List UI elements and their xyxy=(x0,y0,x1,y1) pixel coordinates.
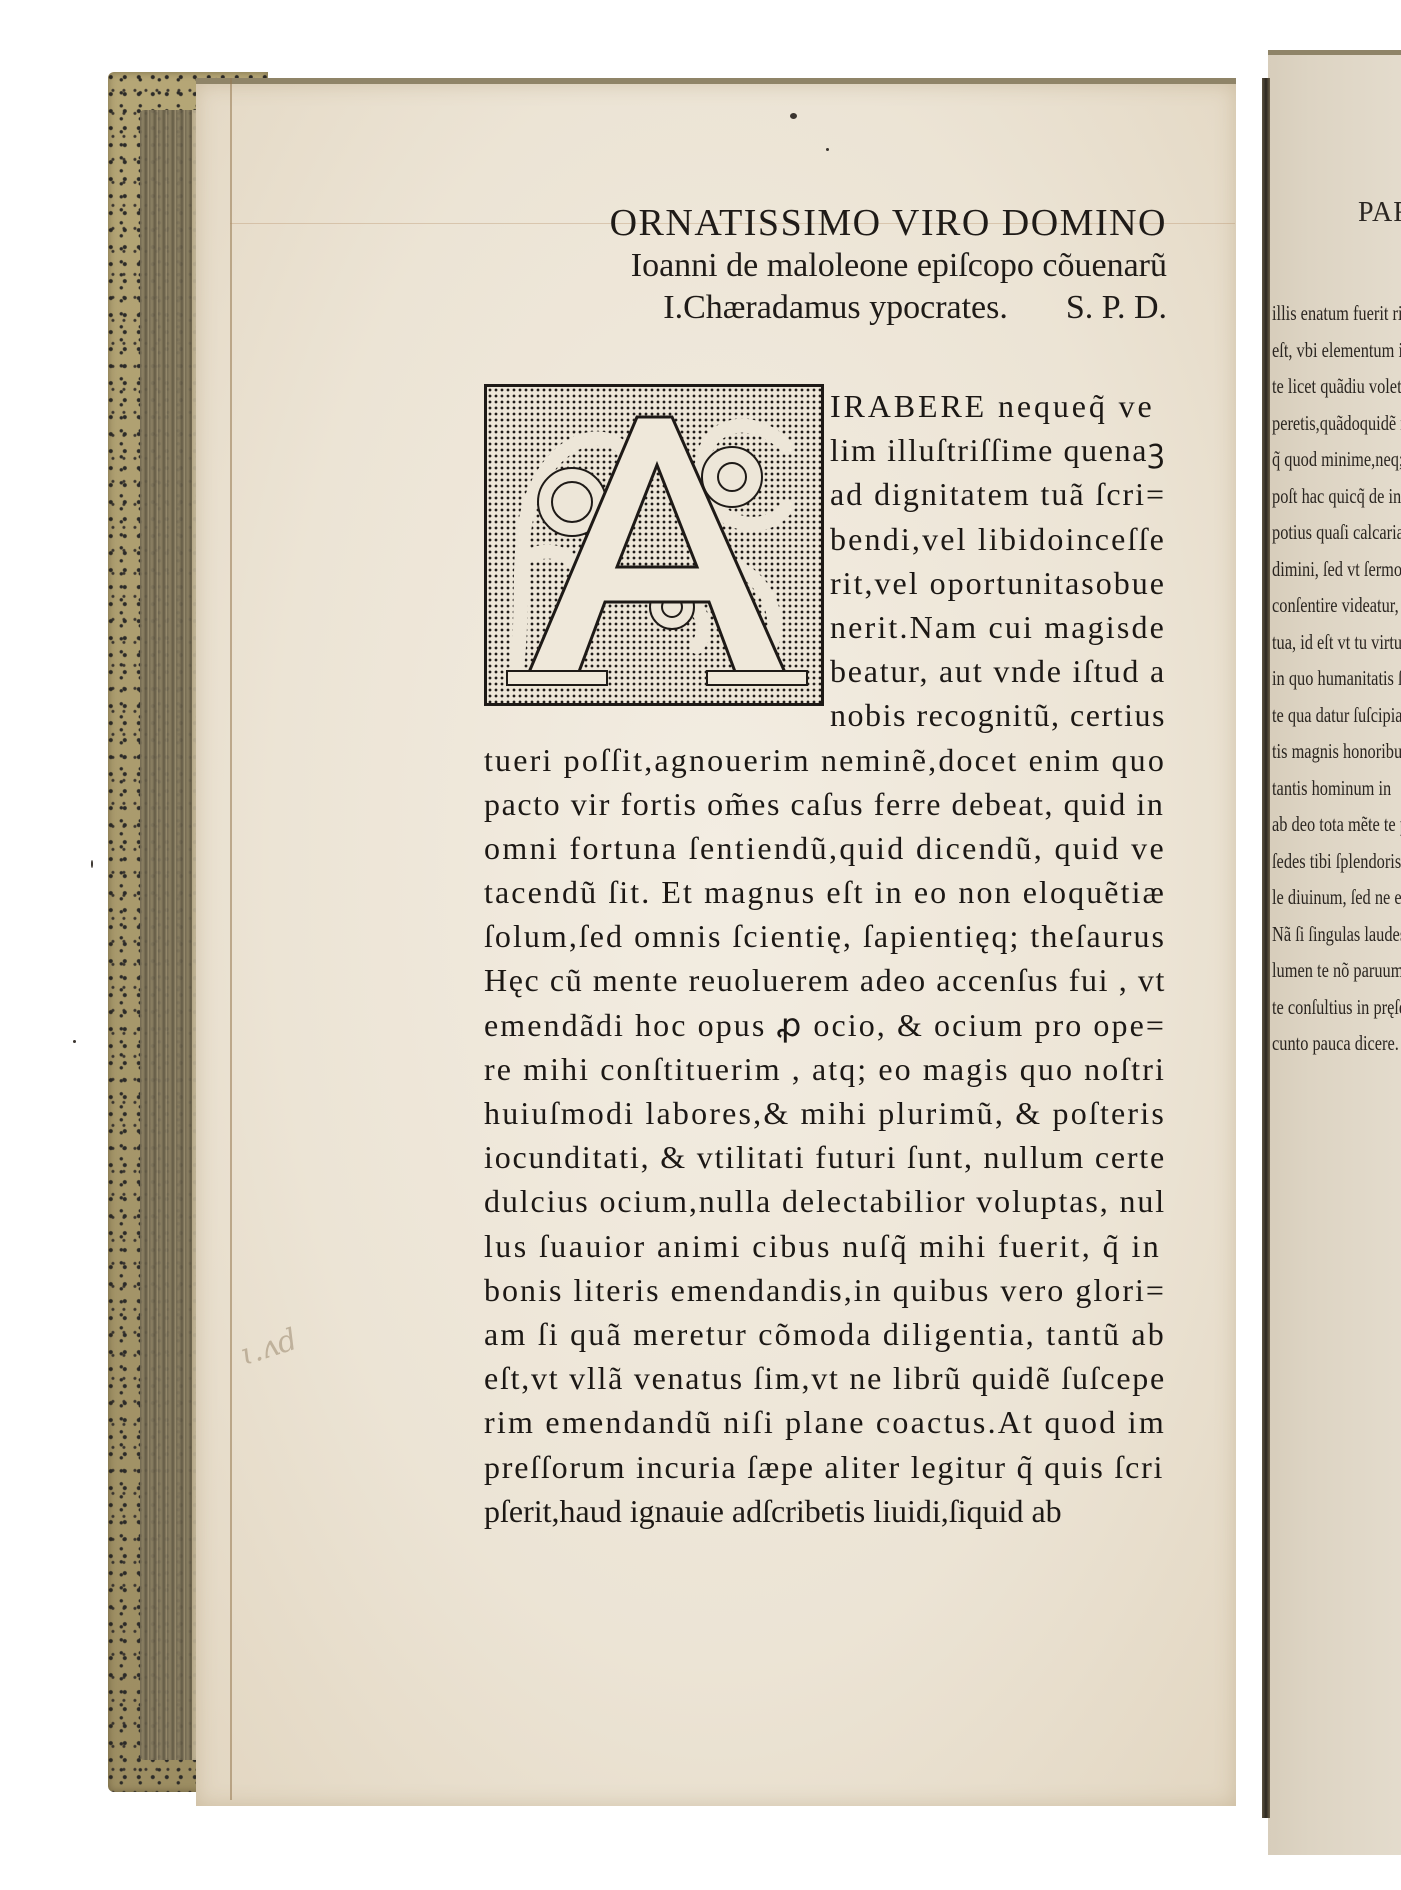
text-line: tacendũ ſit. Et magnus eſt in eo non elo… xyxy=(484,870,1166,914)
text-line: beatur, aut vnde iſtud a xyxy=(484,649,1166,693)
page-fore-edge xyxy=(140,110,202,1760)
text-line: Hęc cũ mente reuoluerem adeo accenſus fu… xyxy=(484,958,1166,1002)
right-page-line: illis enatum fuerit ri xyxy=(1272,295,1401,332)
right-page-line: dimini, ſed vt ſermo xyxy=(1272,551,1401,588)
author-name: I.Chæradamus ypocrates. xyxy=(663,286,1008,330)
right-page-line: ſedes tibi ſplendoris, glor xyxy=(1272,843,1401,880)
text-line: preſſorum incuria ſæpe aliter legitur q̃… xyxy=(484,1445,1166,1489)
right-page-line: tua, id eſt vt tu virtutis xyxy=(1272,624,1401,661)
text-line: am ſi quã meretur cõmoda diligentia, tan… xyxy=(484,1312,1166,1356)
stray-mark xyxy=(73,1040,76,1043)
text-line: ad dignitatem tuã ſcri= xyxy=(484,472,1166,516)
page-fold-line xyxy=(230,78,232,1800)
right-page-text: illis enatum fuerit ri eſt, vbi elementu… xyxy=(1272,295,1401,1062)
right-page-line: te conſultius in pręſentia xyxy=(1272,989,1401,1026)
heading-line-1: ORNATISSIMO VIRO DOMINO xyxy=(497,200,1167,246)
right-page-header: PARA xyxy=(1358,197,1401,229)
heading-line-2: Ioanni de maloleone epiſcopo cõuenarũ xyxy=(497,246,1167,286)
text-line: pſerit,haud ignauie adſcribetis liuidi,ſ… xyxy=(484,1489,1166,1533)
text-line: IRABERE nequeq̃ ve xyxy=(484,384,1166,428)
right-page-line: lumen te nõ paruum con xyxy=(1272,952,1401,989)
body-text: IRABERE nequeq̃ ve lim illuſtriſſime que… xyxy=(484,384,1166,1533)
right-page-line: ab deo tota mẽte te prep xyxy=(1272,806,1401,843)
right-page-line: te qua datur ſuſcipias c xyxy=(1272,697,1401,734)
right-page-line: q̃ quod minime,neq; xyxy=(1272,441,1401,478)
right-page-line: poſt hac quicq̃ de inſ xyxy=(1272,478,1401,515)
text-line: eſt,vt vllã venatus ſim,vt ne librũ quid… xyxy=(484,1356,1166,1400)
text-line: tueri poſſit,agnouerim neminẽ,docet enim… xyxy=(484,738,1166,782)
text-line: ſolum,ſed omnis ſcientię, ſapientięq; th… xyxy=(484,914,1166,958)
text-line: lus ſuauior animi cibus nuſq̃ mihi fueri… xyxy=(484,1224,1166,1268)
text-line: omni fortuna ſentiendũ,quid dicendũ, qui… xyxy=(484,826,1166,870)
text-line: bonis literis emendandis,in quibus vero … xyxy=(484,1268,1166,1312)
text-line: dulcius ocium,nulla delectabilior volupt… xyxy=(484,1179,1166,1223)
right-page-line: potius quaſi calcaria xyxy=(1272,514,1401,551)
right-page-line: tantis hominum in xyxy=(1272,770,1401,807)
right-page-line: te licet quãdiu voletis, xyxy=(1272,368,1401,405)
right-page-line: eſt, vbi elementum in xyxy=(1272,332,1401,369)
text-line: lim illuſtriſſime quenaꝫ xyxy=(484,428,1166,472)
text-line: re mihi conſtituerim , atq; eo magis quo… xyxy=(484,1047,1166,1091)
text-line: emendãdi hoc opus ꝓ ocio, & ocium pro op… xyxy=(484,1003,1166,1047)
right-page-line: tis magnis honoribus t xyxy=(1272,733,1401,770)
right-page-line: peretis,quãdoquidẽ r xyxy=(1272,405,1401,442)
salutation: S. P. D. xyxy=(1066,286,1167,330)
heading-line-3: I.Chæradamus ypocrates. S. P. D. xyxy=(497,286,1167,330)
stray-mark xyxy=(91,860,93,868)
right-page-line: in quo humanitatis ſu xyxy=(1272,660,1401,697)
text-line: rit,vel oportunitasobue xyxy=(484,561,1166,605)
text-line: huiuſmodi labores,& mihi plurimũ, & poſt… xyxy=(484,1091,1166,1135)
text-line: bendi,vel libidoinceſſe xyxy=(484,517,1166,561)
right-page-line: cunto pauca dicere. xyxy=(1272,1025,1401,1062)
foxing-spot xyxy=(790,113,797,119)
text-line: iocunditati, & vtilitati futuri ſunt, nu… xyxy=(484,1135,1166,1179)
right-page-line: conſentire videatur, v xyxy=(1272,587,1401,624)
text-line: rim emendandũ niſi plane coactus.At quod… xyxy=(484,1400,1166,1444)
dedication-heading: ORNATISSIMO VIRO DOMINO Ioanni de malole… xyxy=(497,200,1167,330)
text-line: nobis recognitũ, certius xyxy=(484,693,1166,737)
foxing-spot xyxy=(826,148,829,151)
right-page-line: Nã ſi ſingulas laudes tuas xyxy=(1272,916,1401,953)
right-page-line: le diuinum, ſed ne epiſtola xyxy=(1272,879,1401,916)
text-line: nerit.Nam cui magisde xyxy=(484,605,1166,649)
book-gutter xyxy=(1262,78,1270,1818)
right-page: PARA illis enatum fuerit ri eſt, vbi ele… xyxy=(1268,50,1401,1855)
text-line: pacto vir fortis om̃es caſus ferre debea… xyxy=(484,782,1166,826)
